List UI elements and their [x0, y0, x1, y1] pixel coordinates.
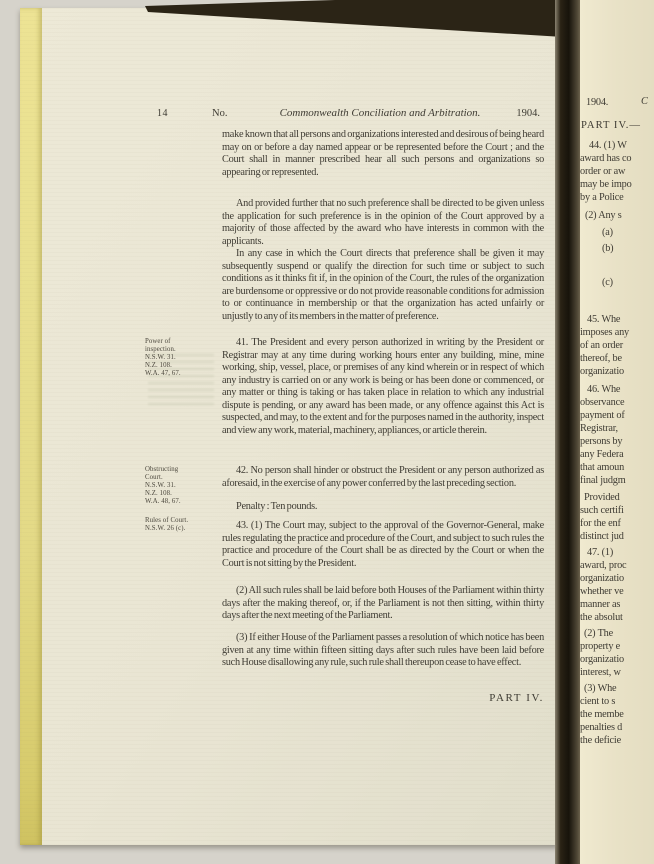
- part-heading: PART IV.: [222, 692, 544, 704]
- next-page-text-fragment: may be impo: [580, 179, 632, 191]
- body-paragraph: make known that all persons and organiza…: [222, 129, 544, 179]
- next-page-text-fragment: such certifi: [580, 505, 624, 517]
- next-page-text-fragment: for the enf: [580, 518, 621, 530]
- body-paragraph: (3) If either House of the Parliament pa…: [222, 632, 544, 670]
- next-page-text-fragment: interest, w: [580, 667, 621, 679]
- next-page-text-fragment: PART IV.—: [581, 120, 641, 132]
- next-page-text-fragment: (b): [602, 243, 613, 255]
- next-page-text-fragment: whether ve: [580, 586, 623, 598]
- margin-note: Power ofinspection.N.S.W. 31.N.Z. 108.W.…: [145, 338, 217, 378]
- next-page-text-fragment: award, proc: [580, 560, 626, 572]
- next-page-text-fragment: organizatio: [580, 573, 624, 585]
- page-gutter-shadow: [555, 0, 580, 864]
- next-page-text-fragment: distinct jud: [580, 531, 624, 543]
- next-page-text-fragment: (c): [602, 277, 613, 289]
- next-page-text-fragment: (2) The: [584, 628, 613, 640]
- next-page-text-fragment: C: [641, 96, 648, 108]
- margin-note: Rules of Court.N.S.W. 26 (c).: [145, 517, 217, 533]
- next-page-text-fragment: observance: [580, 397, 624, 409]
- margin-note: ObstructingCourt.N.S.W. 31.N.Z. 108.W.A.…: [145, 466, 217, 506]
- next-page-text-fragment: manner as: [580, 599, 620, 611]
- next-page-text-fragment: 47. (1): [587, 547, 613, 559]
- next-page-text-fragment: 45. Whe: [587, 314, 620, 326]
- next-page-text-fragment: award has co: [580, 153, 631, 165]
- next-page-text-fragment: the membe: [580, 709, 624, 721]
- running-title: Commonwealth Conciliation and Arbitratio…: [278, 107, 482, 119]
- next-page-text-fragment: 44. (1) W: [589, 140, 627, 152]
- next-page-text-fragment: thereof, be: [580, 353, 622, 365]
- document-page: 14 No. Commonwealth Conciliation and Arb…: [20, 8, 558, 845]
- page-number: 14: [157, 108, 168, 119]
- next-page-text-fragment: (2) Any s: [585, 210, 622, 222]
- next-page-text-fragment: Provided: [584, 492, 620, 504]
- next-page-text-fragment: by a Police: [580, 192, 624, 204]
- next-page-text-fragment: property e: [580, 641, 620, 653]
- next-page-text-fragment: (a): [602, 227, 613, 239]
- scanned-book-photo: 14 No. Commonwealth Conciliation and Arb…: [0, 0, 654, 864]
- next-page-text-fragment: Registrar,: [580, 423, 618, 435]
- body-paragraph: 41. The President and every person autho…: [222, 337, 544, 437]
- body-paragraph: 42. No person shall hinder or obstruct t…: [222, 465, 544, 490]
- next-page-text-fragment: organizatio: [580, 654, 624, 666]
- next-page-text-fragment: organizatio: [580, 366, 624, 378]
- next-page-text-fragment: 46. Whe: [587, 384, 620, 396]
- page-deckle-edge: [20, 8, 42, 845]
- next-page-text-fragment: any Federa: [580, 449, 623, 461]
- body-paragraph: In any case in which the Court directs t…: [222, 248, 544, 323]
- header-no-label: No.: [212, 108, 227, 119]
- body-paragraph: (2) All such rules shall be laid before …: [222, 585, 544, 623]
- next-page-text-fragment: 1904.: [586, 97, 608, 109]
- next-page-text-fragment: the absolut: [580, 612, 623, 624]
- body-paragraph: Penalty : Ten pounds.: [222, 501, 544, 514]
- header-year: 1904.: [502, 108, 540, 119]
- next-page-text-fragment: that amoun: [580, 462, 624, 474]
- next-page-text-fragment: imposes any: [580, 327, 629, 339]
- next-page-text-fragment: (3) Whe: [584, 683, 616, 695]
- next-page-text-fragment: penalties d: [580, 722, 622, 734]
- body-paragraph: 43. (1) The Court may, subject to the ap…: [222, 520, 544, 570]
- next-page-text-fragment: final judgm: [580, 475, 626, 487]
- body-paragraph: And provided further that no such prefer…: [222, 198, 544, 248]
- next-page-text-fragment: order or aw: [580, 166, 625, 178]
- next-page-text-fragment: cient to s: [580, 696, 615, 708]
- next-page-text-fragment: the deficie: [580, 735, 621, 747]
- next-page-edge: 1904.CPART IV.—44. (1) Waward has coorde…: [580, 0, 654, 864]
- next-page-text-fragment: payment of: [580, 410, 625, 422]
- next-page-text-fragment: of an order: [580, 340, 623, 352]
- next-page-text-fragment: persons by: [580, 436, 622, 448]
